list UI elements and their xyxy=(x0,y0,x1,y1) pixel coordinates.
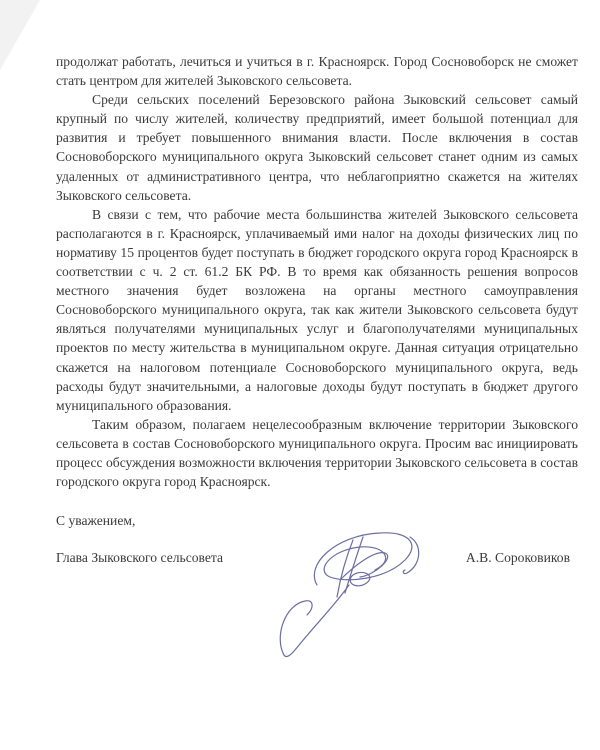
paragraph-conclusion-request: Таким образом, полагаем нецелесообразным… xyxy=(56,415,578,491)
handwritten-signature-icon xyxy=(245,525,435,665)
signatory-title: Глава Зыковского сельсовета xyxy=(56,550,223,566)
signatory-name: А.В. Сороковиков xyxy=(466,550,570,566)
letter-body: продолжат работать, лечиться и учиться в… xyxy=(56,52,578,491)
paragraph-district-importance: Среди сельских поселений Березовского ра… xyxy=(56,90,578,205)
paragraph-continuation: продолжат работать, лечиться и учиться в… xyxy=(56,52,578,90)
paragraph-tax-argument: В связи с тем, что рабочие места большин… xyxy=(56,205,578,415)
closing-salutation: С уважением, xyxy=(56,513,135,529)
scanned-page-fold xyxy=(0,0,40,70)
